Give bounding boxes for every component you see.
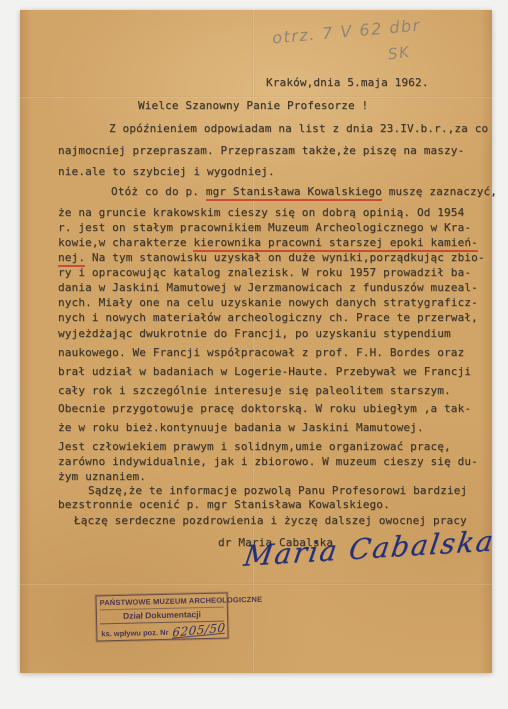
letter-line: wyjeżdżając dwukrotnie do Francji, po uz… bbox=[58, 327, 451, 340]
letter-line-segment: kowie,w charakterze bbox=[58, 236, 193, 249]
pencil-initials: SK bbox=[387, 43, 412, 64]
letter-line: nie.ale to szybciej i wygodniej. bbox=[58, 165, 275, 178]
letter-line: żym uznaniem. bbox=[58, 470, 146, 483]
fold-crease-horizontal bbox=[20, 583, 492, 586]
letter-line: Łączę serdeczne pozdrowienia i życzę dal… bbox=[74, 514, 467, 527]
letter-line: najmocniej przepraszam. Przepraszam takż… bbox=[58, 144, 464, 157]
letter-line: Sądzę,że te informacje pozwolą Panu Prof… bbox=[88, 484, 467, 497]
letter-line: kowie,w charakterze kierownika pracowni … bbox=[58, 236, 478, 249]
letter-line: nych i nowych materiałów archeologiczny … bbox=[58, 311, 478, 324]
letter-line: Jest człowiekiem prawym i solidnym,umie … bbox=[58, 440, 451, 453]
red-underlined-text: mgr Stanisława Kowalskiego bbox=[206, 185, 382, 201]
letter-line: nych. Miały one na celu uzyskanie nowych… bbox=[58, 296, 478, 309]
letter-line: nej. Na tym stanowisku uzyskał on duże w… bbox=[58, 251, 485, 264]
stamp-register-number: 6205/50 bbox=[172, 622, 226, 638]
letter-line: cały rok i szczególnie interesuje się pa… bbox=[58, 384, 451, 397]
letter-line-segment: muszę zaznaczyć, bbox=[382, 185, 497, 198]
letter-line: dania w Jaskini Mamutowej w Jerzmanowica… bbox=[58, 281, 478, 294]
dateline: Kraków,dnia 5.maja 1962. bbox=[266, 76, 429, 89]
letter-line: Obecnie przygotowuje pracę doktorską. W … bbox=[58, 402, 471, 415]
scanned-letter: otrz. 7 V 62 dbr SK Kraków,dnia 5.maja 1… bbox=[0, 0, 508, 709]
letter-line: zarówno indywidualnie, jak i zbiorowo. W… bbox=[58, 455, 478, 468]
letter-line-segment: Na tym stanowisku uzyskał on duże wyniki… bbox=[85, 251, 485, 264]
letter-line: brał udział w badaniach w Logerie-Haute.… bbox=[58, 365, 471, 378]
red-underlined-text: nej. bbox=[58, 251, 85, 267]
letter-line: Otóż co do p. mgr Stanisława Kowalskiego… bbox=[111, 185, 497, 198]
letter-line: Z opóźnieniem odpowiadam na list z dnia … bbox=[109, 122, 488, 135]
salutation: Wielce Szanowny Panie Profesorze ! bbox=[138, 99, 368, 112]
letter-line: bezstronnie ocenić p. mgr Stanisława Kow… bbox=[58, 498, 390, 511]
museum-registry-stamp: PAŃSTWOWE MUZEUM ARCHEOLOGICZNE Dział Do… bbox=[96, 593, 229, 641]
letter-line: że w roku bież.kontynuuje badania w Jask… bbox=[58, 421, 424, 434]
red-underlined-text: kierownika pracowni starszej epoki kamie… bbox=[193, 236, 477, 252]
letter-line-segment: Otóż co do p. bbox=[111, 185, 206, 198]
letter-line: r. jest on stałym pracownikiem Muzeum Ar… bbox=[58, 221, 471, 234]
letter-line: że na gruncie krakowskim cieszy się on d… bbox=[58, 206, 464, 219]
letter-line: ry i opracowując katalog znalezisk. W ro… bbox=[58, 266, 471, 279]
stamp-register-label: ks. wpływu poz. Nr bbox=[101, 627, 168, 638]
letter-line: naukowego. We Francji współpracował z pr… bbox=[58, 346, 464, 359]
